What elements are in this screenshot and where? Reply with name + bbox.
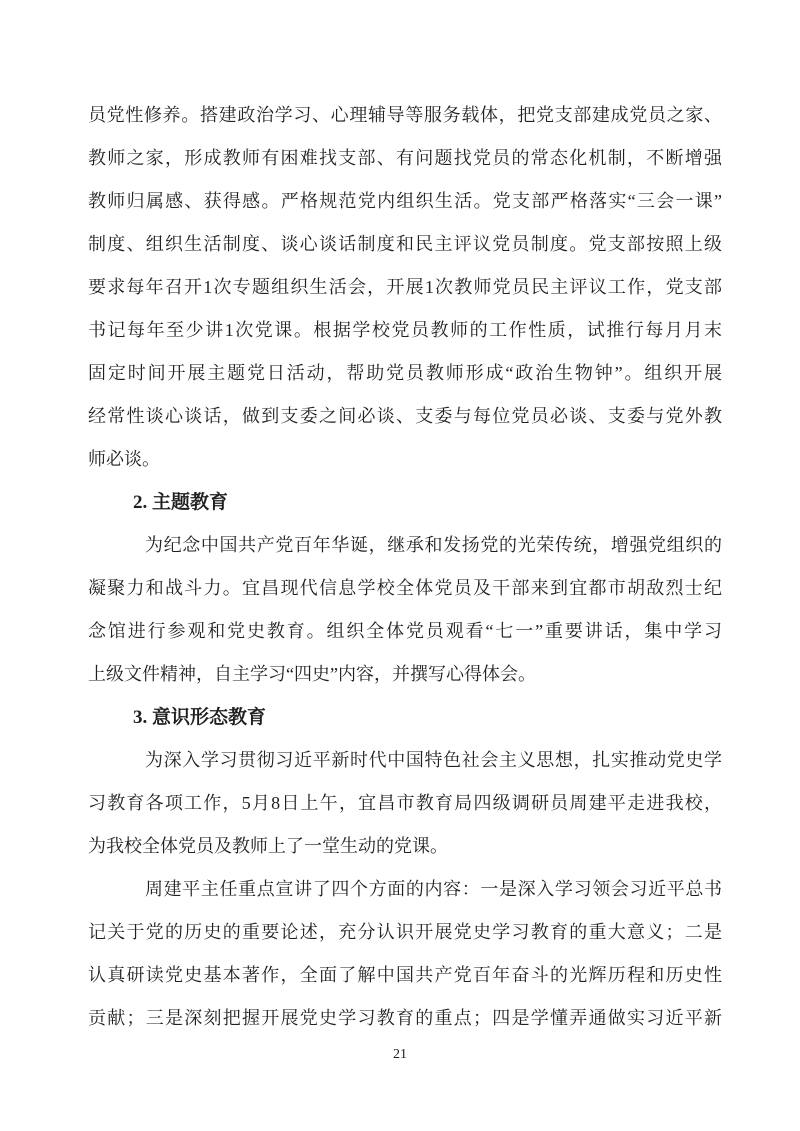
text-line: 经常性谈心谈话，做到支委之间必谈、支委与每位党员必谈、支委与党外教	[88, 395, 722, 438]
text-line: 固定时间开展主题党日活动，帮助党员教师形成“政治生物钟”。组织开展	[88, 352, 722, 395]
text-line: 教师归属感、获得感。严格规范党内组织生活。党支部严格落实“三会一课”	[88, 180, 722, 223]
page-number: 21	[0, 1044, 800, 1066]
text-line: 员党性修养。搭建政治学习、心理辅导等服务载体，把党支部建成党员之家、	[88, 94, 722, 137]
section-heading: 2. 主题教育	[88, 481, 722, 524]
document-body: 员党性修养。搭建政治学习、心理辅导等服务载体，把党支部建成党员之家、教师之家，形…	[88, 94, 722, 1040]
text-line: 凝聚力和战斗力。宜昌现代信息学校全体党员及干部来到宜都市胡敌烈士纪	[88, 567, 722, 610]
text-line: 书记每年至少讲1次党课。根据学校党员教师的工作性质，试推行每月月末	[88, 309, 722, 352]
text-line: 上级文件精神，自主学习“四史”内容，并撰写心得体会。	[88, 653, 722, 696]
text-line: 为深入学习贯彻习近平新时代中国特色社会主义思想，扎实推动党史学	[88, 739, 722, 782]
text-line: 贡献；三是深刻把握开展党史学习教育的重点；四是学懂弄通做实习近平新	[88, 997, 722, 1040]
text-line: 认真研读党史基本著作，全面了解中国共产党百年奋斗的光辉历程和历史性	[88, 954, 722, 997]
text-line: 为纪念中国共产党百年华诞，继承和发扬党的光荣传统，增强党组织的	[88, 524, 722, 567]
document-page: 员党性修养。搭建政治学习、心理辅导等服务载体，把党支部建成党员之家、教师之家，形…	[0, 0, 800, 1131]
text-line: 要求每年召开1次专题组织生活会，开展1次教师党员民主评议工作，党支部	[88, 266, 722, 309]
text-line: 记关于党的历史的重要论述，充分认识开展党史学习教育的重大意义；二是	[88, 911, 722, 954]
text-line: 念馆进行参观和党史教育。组织全体党员观看“七一”重要讲话，集中学习	[88, 610, 722, 653]
section-heading: 3. 意识形态教育	[88, 696, 722, 739]
text-line: 周建平主任重点宣讲了四个方面的内容：一是深入学习领会习近平总书	[88, 868, 722, 911]
text-line: 师必谈。	[88, 438, 722, 481]
text-line: 制度、组织生活制度、谈心谈话制度和民主评议党员制度。党支部按照上级	[88, 223, 722, 266]
text-line: 为我校全体党员及教师上了一堂生动的党课。	[88, 825, 722, 868]
text-line: 习教育各项工作，5月8日上午，宜昌市教育局四级调研员周建平走进我校，	[88, 782, 722, 825]
text-line: 教师之家，形成教师有困难找支部、有问题找党员的常态化机制，不断增强	[88, 137, 722, 180]
